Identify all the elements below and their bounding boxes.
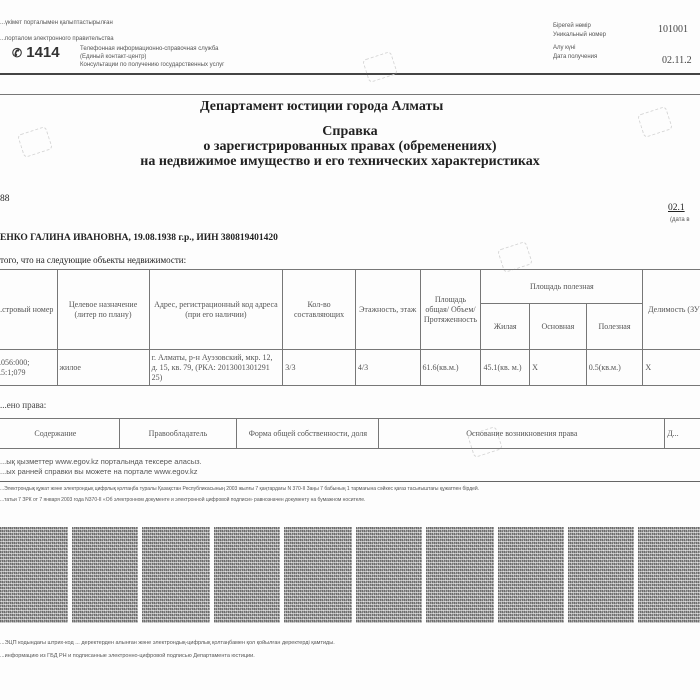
- note-line-1: ...ық қызметтер www.egov.kz порталында т…: [0, 457, 202, 466]
- doc-number: 101001: [658, 24, 688, 35]
- property-table: ...стровый номер Целевое назначение (лит…: [0, 269, 700, 386]
- doc-meta-labels: Бірегей нөмір Уникальный номер Алу күні …: [553, 22, 606, 62]
- header-main: Основная: [530, 304, 587, 350]
- legal-line-2: ...татьи 7 ЗРК от 7 января 2003 года N37…: [0, 497, 365, 503]
- service-line-1: Телефонная информационно-справочная служ…: [80, 45, 224, 53]
- barcode-block-1: [0, 527, 68, 623]
- service-line-3: Консультации по получению государственны…: [80, 61, 224, 69]
- header-divider: [0, 73, 700, 75]
- doc-number-label-ru: Уникальный номер: [553, 31, 606, 40]
- cell-floors: 4/3: [355, 350, 420, 386]
- header-basis: Основание возникновения права: [379, 419, 665, 449]
- header-extra: Д...: [665, 419, 700, 449]
- header-divider-2: [0, 94, 700, 95]
- legal-line-1: ...Электрондық құжат және электрондық ци…: [0, 486, 479, 492]
- owner-line: ЕНКО ГАЛИНА ИВАНОВНА, 19.08.1938 г.р., И…: [0, 233, 278, 243]
- footer-line-1: ...ЭЦП кодындағы штрих-код ... деректерд…: [0, 640, 335, 646]
- barcode-block-10: [638, 527, 700, 623]
- header-utility: Полезная: [586, 304, 643, 350]
- phone-number: 1414: [26, 44, 59, 61]
- doc-date: 02.11.2: [662, 55, 692, 66]
- cell-living: 45.1(кв. м.): [481, 350, 530, 386]
- barcode-block-6: [356, 527, 422, 623]
- right-date: 02.1: [668, 203, 685, 213]
- header-top-line-kz: ...үкімет порталымен қалыптастырылған: [0, 20, 113, 26]
- header-content: Содержание: [0, 419, 119, 449]
- cell-main: X: [530, 350, 587, 386]
- phone-icon: ✆: [12, 46, 22, 60]
- department-title: Департамент юстиции города Алматы: [200, 99, 443, 115]
- header-ownership-form: Форма общей собственности, доля: [237, 419, 379, 449]
- intro-line: того, что на следующие объекты недвижимо…: [0, 255, 186, 265]
- header-useful-area: Площадь полезная: [481, 270, 643, 304]
- barcode-block-5: [284, 527, 352, 623]
- number-fragment: 88: [0, 194, 10, 204]
- cell-share: X: [643, 350, 700, 386]
- cell-components: 3/3: [283, 350, 356, 386]
- certificate-title: Справка о зарегистрированных правах (обр…: [0, 124, 700, 169]
- header-share: Делимость (ЗУ): [643, 270, 700, 350]
- watermark-stamp: [362, 51, 398, 83]
- cell-purpose: жилое: [57, 350, 149, 386]
- cell-utility: 0.5(кв.м.): [586, 350, 643, 386]
- cell-address: г. Алматы, р-н Ауэзовский, мкр. 12, д. 1…: [149, 350, 283, 386]
- title-line-2: на недвижимое имущество и его технически…: [0, 154, 700, 169]
- table-row: ...056:000; ...5:1;079 жилое г. Алматы, …: [0, 350, 700, 386]
- header-address: Адрес, регистрационный код адреса (при е…: [149, 270, 283, 350]
- date-label-kz: Алу күні: [553, 44, 606, 53]
- barcode-block-8: [498, 527, 564, 623]
- service-line-2: (Единый контакт-центр): [80, 53, 224, 61]
- barcode-block-9: [568, 527, 634, 623]
- header-holder: Правообладатель: [119, 419, 236, 449]
- header-living: Жилая: [481, 304, 530, 350]
- header-purpose: Целевое назначение (литер по плану): [57, 270, 149, 350]
- date-label-ru: Дата получения: [553, 53, 606, 62]
- notes-divider: [0, 481, 700, 482]
- note-line-2: ...ых ранней справки вы можете на портал…: [0, 467, 197, 476]
- footer-line-2: ...информацию из ГБД РН и подписанные эл…: [0, 653, 255, 659]
- barcode-block-7: [426, 527, 494, 623]
- service-description: Телефонная информационно-справочная служ…: [80, 45, 224, 69]
- cell-cadastral: ...056:000; ...5:1;079: [0, 350, 57, 386]
- header-components: Кол-во составляющих: [283, 270, 356, 350]
- barcode-block-4: [214, 527, 280, 623]
- doc-type: Справка: [0, 124, 700, 139]
- contact-phone: ✆ 1414: [12, 44, 60, 61]
- title-line-1: о зарегистрированных правах (обременения…: [0, 139, 700, 154]
- header-cadastral: ...стровый номер: [0, 270, 57, 350]
- header-total-area: Площадь общая/ Объем/ Протяженность: [420, 270, 481, 350]
- doc-number-label-kz: Бірегей нөмір: [553, 22, 606, 31]
- cell-total-area: 61.6(кв.м.): [420, 350, 481, 386]
- right-date-caption: (дата в: [670, 217, 690, 223]
- rights-label: ...ено права:: [0, 400, 46, 410]
- rights-table: Содержание Правообладатель Форма общей с…: [0, 418, 700, 449]
- header-top-line-ru: ...порталом электронного правительства: [0, 36, 114, 42]
- header-floors: Этажность, этаж: [355, 270, 420, 350]
- barcode-block-3: [142, 527, 210, 623]
- barcode-block-2: [72, 527, 138, 623]
